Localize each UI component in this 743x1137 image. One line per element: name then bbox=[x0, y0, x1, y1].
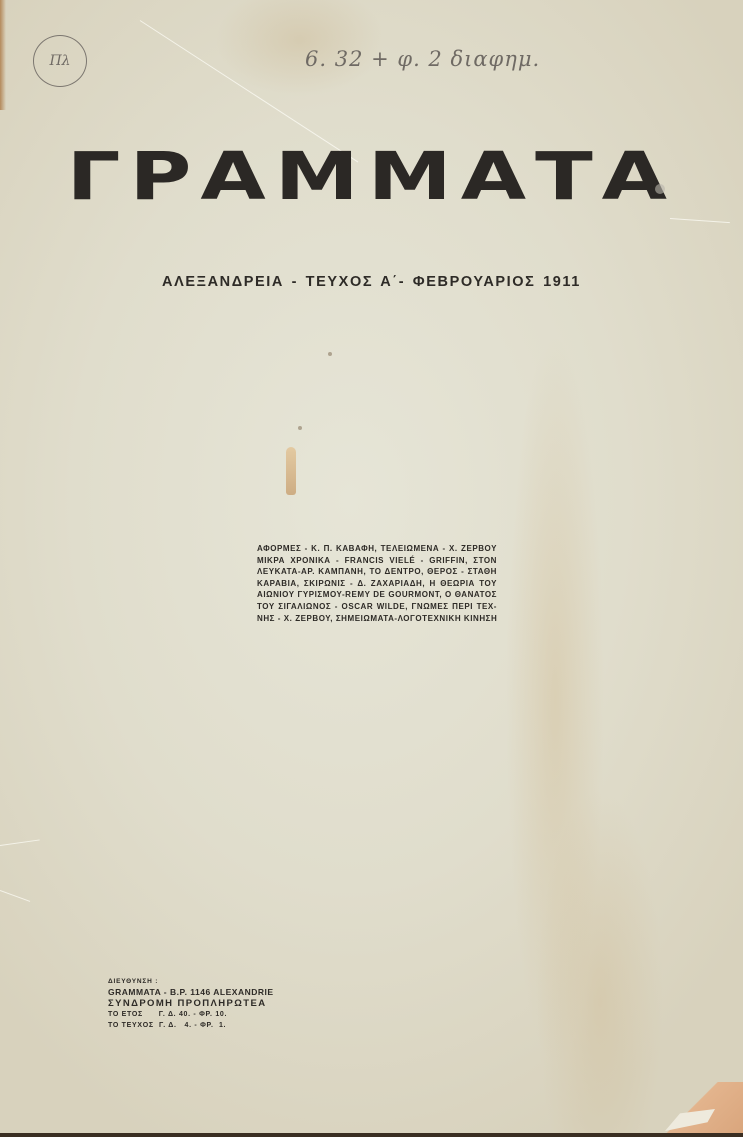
paper-speck bbox=[298, 426, 302, 430]
stamp-text: Πλ bbox=[49, 53, 70, 69]
paper-speck bbox=[328, 352, 332, 356]
subscription-heading: ΣΥΝΔΡΟΜΗ ΠΡΟΠΛΗΡΩΤΕΑ bbox=[108, 998, 274, 1009]
paper-crease bbox=[670, 218, 730, 223]
bottom-edge bbox=[0, 1133, 743, 1137]
paper-speck bbox=[655, 184, 665, 194]
rate-annual: ΤΟ ΕΤΟΣ Γ. Δ. 40. - ΦΡ. 10. bbox=[108, 1009, 274, 1020]
contents-line: ΑΦΟΡΜΕΣ - Κ. Π. ΚΑΒΑΦΗ, ΤΕΛΕΙΩΜΕΝΑ - Χ. … bbox=[257, 543, 497, 555]
paper-crease bbox=[0, 890, 30, 902]
address-block: ΔΙΕΥΘΥΝΣΗ : GRAMMATA - B.P. 1146 ALEXAND… bbox=[108, 977, 274, 1031]
contents-line: ΛΕΥΚΑΤΑ-ΑΡ. ΚΑΜΠΑΝΗ, ΤΟ ΔΕΝΤΡΟ, ΘΕΡΟΣ - … bbox=[257, 566, 497, 578]
table-of-contents: ΑΦΟΡΜΕΣ - Κ. Π. ΚΑΒΑΦΗ, ΤΕΛΕΙΩΜΕΝΑ - Χ. … bbox=[257, 543, 497, 624]
left-edge-discoloration bbox=[0, 0, 6, 110]
rate-per-issue: ΤΟ ΤΕΥΧΟΣ Γ. Δ. 4. - ΦΡ. 1. bbox=[108, 1020, 274, 1031]
address-label: ΔΙΕΥΘΥΝΣΗ : bbox=[108, 977, 274, 987]
contents-line: ΚΑΡΑΒΙΑ, ΣΚΙΡΩΝΙΣ - Δ. ΖΑΧΑΡΙΑΔΗ, Η ΘΕΩΡ… bbox=[257, 578, 497, 590]
handwritten-note: 6. 32 + φ. 2 διαφημ. bbox=[305, 47, 540, 71]
magazine-title: ΓΡΑΜΜΑΤΑ bbox=[0, 142, 743, 212]
paper-stain bbox=[286, 447, 296, 495]
postal-address: GRAMMATA - B.P. 1146 ALEXANDRIE bbox=[108, 987, 274, 998]
contents-line: ΝΗΣ - Χ. ΖΕΡΒΟΥ, ΣΗΜΕΙΩΜΑΤΑ-ΛΟΓΟΤΕΧΝΙΚΗ … bbox=[257, 613, 497, 625]
contents-line: ΜΙΚΡΑ ΧΡΟΝΙΚΑ - FRANCIS VIELÉ - GRIFFIN,… bbox=[257, 555, 497, 567]
magazine-cover: Πλ 6. 32 + φ. 2 διαφημ. ΓΡΑΜΜΑΤΑ ΑΛΕΞΑΝΔ… bbox=[0, 0, 743, 1137]
contents-line: ΤΟΥ ΣΙΓΑΛΙΩΝΟΣ - OSCAR WILDE, ΓΝΩΜΕΣ ΠΕΡ… bbox=[257, 601, 497, 613]
issue-subtitle: ΑΛΕΞΑΝΔΡΕΙΑ - ΤΕΥΧΟΣ Α΄- ΦΕΒΡΟΥΑΡΙΟΣ 191… bbox=[0, 274, 743, 290]
paper-crease bbox=[0, 839, 40, 846]
contents-line: ΑΙΩΝΙΟΥ ΓΥΡΙΣΜΟΥ-REMY DE GOURMONT, Ο ΘΑΝ… bbox=[257, 589, 497, 601]
library-stamp: Πλ bbox=[33, 35, 87, 87]
